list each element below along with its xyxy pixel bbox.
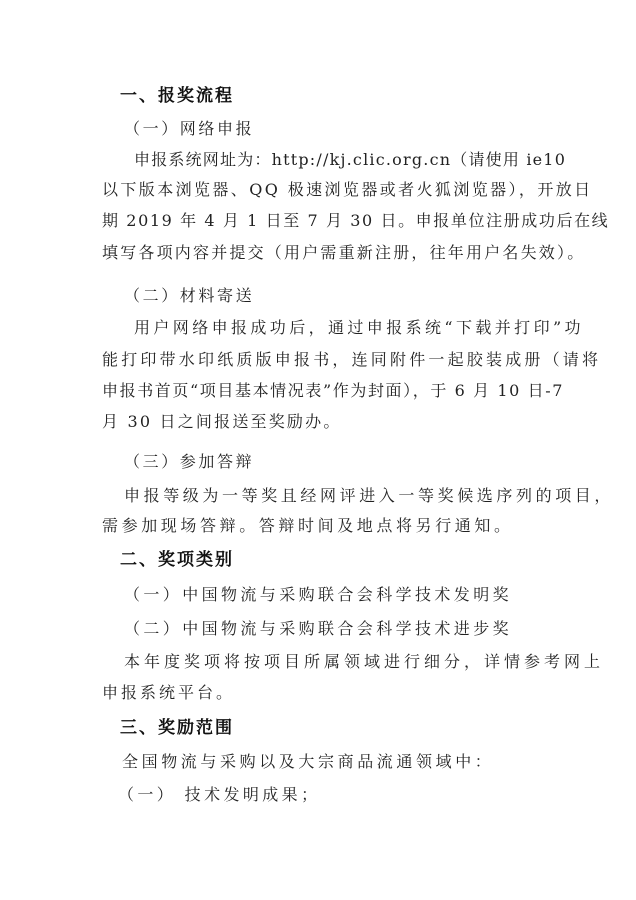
section-heading-categories: 二、奖项类别 [120,550,234,570]
subheading-material-delivery: （二）材料寄送 [124,286,254,306]
section-heading-process: 一、报奖流程 [120,86,234,106]
paragraph-line: 全国物流与采购以及大宗商品流通领域中： [122,752,494,772]
paragraph-line: 月 30 日之间报送至奖励办。 [102,412,342,432]
paragraph-line: 用户网络申报成功后，通过申报系统“下载并打印”功 [134,318,584,338]
award-category-item: （一）中国物流与采购联合会科学技术发明奖 [124,585,512,605]
award-category-item: （二）中国物流与采购联合会科学技术进步奖 [124,619,512,639]
paragraph-line: 申报系统平台。 [102,683,235,703]
subheading-online-application: （一）网络申报 [124,119,254,139]
section-heading-scope: 三、奖励范围 [120,718,234,738]
paragraph-line: 以下版本浏览器、QQ 极速浏览器或者火狐浏览器），开放日 [102,180,593,200]
paragraph-line: 申报等级为一等奖且经网评进入一等奖候选序列的项目， [124,486,614,506]
paragraph-line: 申报书首页“项目基本情况表”作为封面），于 6 月 10 日-7 [102,381,564,401]
paragraph-line: 期 2019 年 4 月 1 日至 7 月 30 日。申报单位注册成功后在线 [102,211,609,231]
scope-item: （一） 技术发明成果； [118,785,321,805]
paragraph-line: 本年度奖项将按项目所属领域进行细分，详情参考网上 [124,652,604,672]
paragraph-line: 申报系统网址为：http://kj.clic.org.cn（请使用 ie10 [134,150,566,170]
paragraph-line: 填写各项内容并提交（用户需重新注册，往年用户名失效）。 [102,243,585,263]
paragraph-line: 能打印带水印纸质版申报书，连同附件一起胶装成册（请将 [102,350,601,370]
paragraph-line: 需参加现场答辩。答辩时间及地点将另行通知。 [102,516,514,536]
subheading-defense: （三）参加答辩 [124,452,254,472]
